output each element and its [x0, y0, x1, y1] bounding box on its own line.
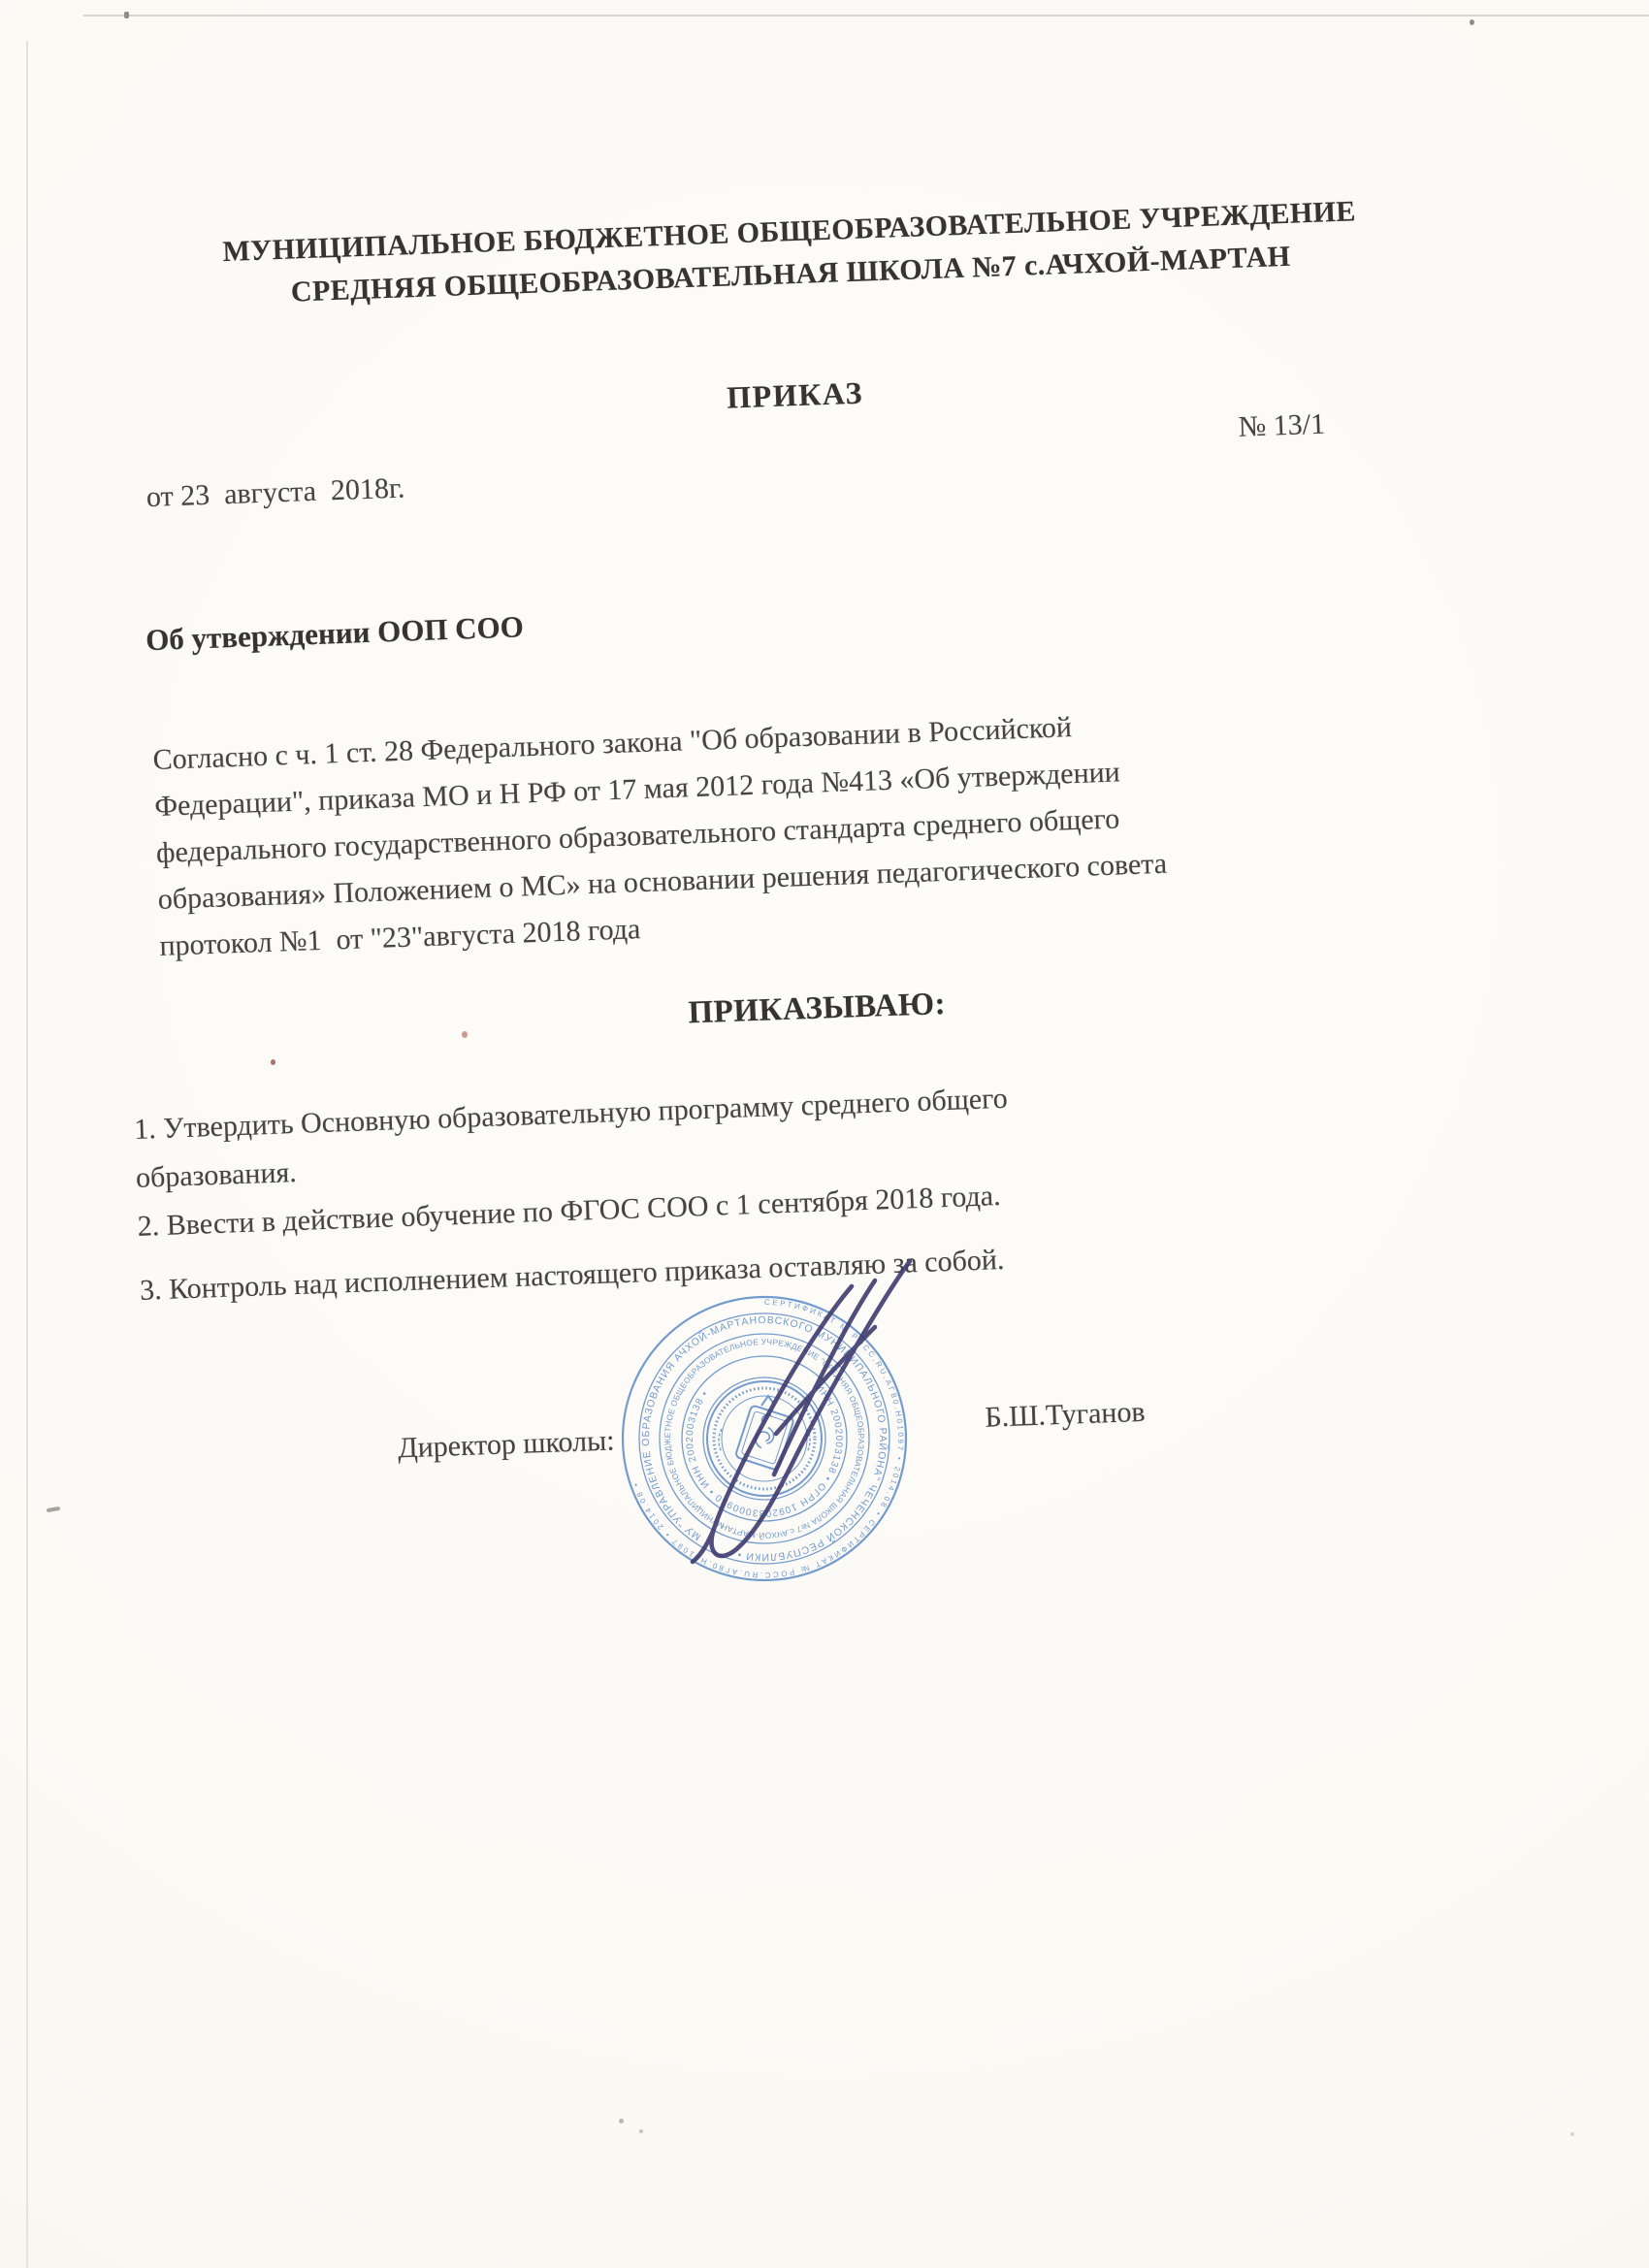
- scan-edge-top: [83, 15, 1649, 16]
- order-subject: Об утверждении ООП СОО: [145, 574, 1511, 658]
- scan-edge-left: [26, 41, 28, 2268]
- order-number: № 13/1: [1238, 408, 1326, 444]
- order-date: от 23 августа 2018г.: [145, 472, 405, 515]
- signature-strokes: [693, 1261, 910, 1562]
- scan-speck: [47, 1507, 60, 1512]
- signature-role-label: Директор школы:: [398, 1424, 616, 1465]
- scan-speck: [619, 2119, 624, 2123]
- signature-name: Б.Ш.Туганов: [985, 1396, 1146, 1435]
- scan-speck: [1570, 2132, 1574, 2136]
- scan-speck: [639, 2129, 643, 2133]
- signature-ink: [621, 1230, 951, 1579]
- scan-speck: [1470, 19, 1474, 25]
- order-preamble: Согласно с ч. 1 ст. 28 Федерального зако…: [152, 689, 1523, 970]
- directive-heading: ПРИКАЗЫВАЮ:: [109, 966, 1525, 1053]
- org-title: МУНИЦИПАЛЬНОЕ БЮДЖЕТНОЕ ОБЩЕОБРАЗОВАТЕЛЬ…: [79, 115, 1500, 321]
- scan-artifact-tick: [124, 12, 129, 18]
- document-page: МУНИЦИПАЛЬНОЕ БЮДЖЕТНОЕ ОБЩЕОБРАЗОВАТЕЛЬ…: [0, 0, 1649, 2268]
